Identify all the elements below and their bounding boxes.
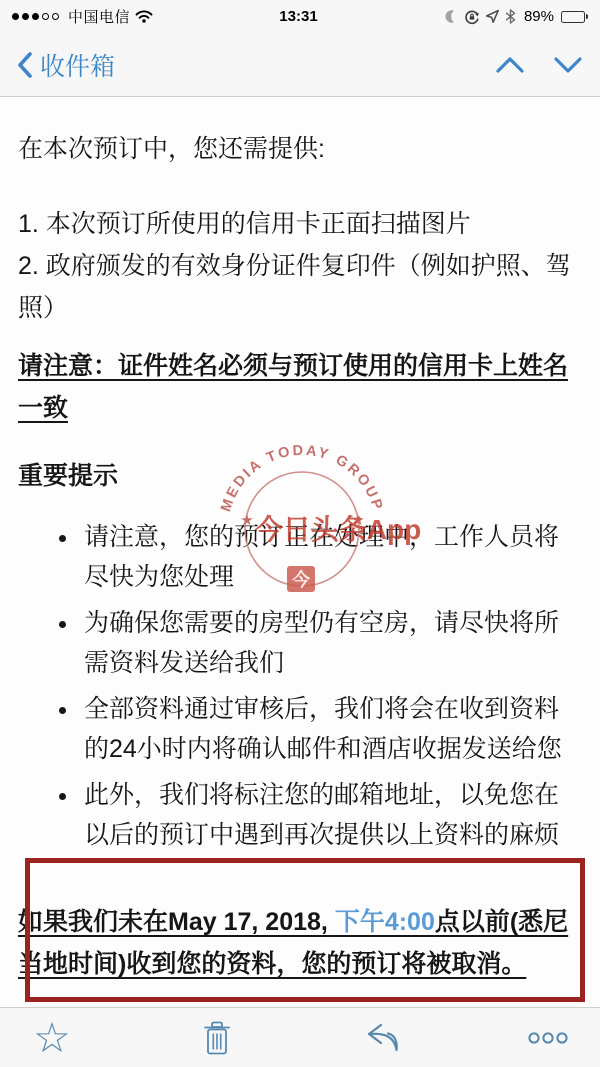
list-item: 为确保您需要的房型仍有空房，请尽快将所需资料发送给我们: [80, 603, 582, 683]
list-item: 此外，我们将标注您的邮箱地址，以免您在以后的预订中遇到再次提供以上资料的麻烦: [80, 775, 582, 855]
name-match-notice: 请注意：证件姓名必须与预订使用的信用卡上姓名一致: [18, 345, 582, 429]
bottom-toolbar: ☆: [0, 1007, 600, 1067]
wifi-icon: [135, 10, 153, 23]
list-item: 1. 本次预订所使用的信用卡正面扫描图片: [18, 203, 582, 245]
battery-percent-label: 89%: [524, 8, 554, 25]
reply-button[interactable]: [359, 1014, 407, 1062]
moon-icon: [444, 9, 459, 24]
location-arrow-icon: [485, 9, 500, 24]
time-link[interactable]: 下午4:00: [335, 908, 435, 936]
mail-app-screen: 中国电信 13:31: [0, 0, 600, 1067]
back-chevron-icon: [16, 51, 33, 79]
tips-list: 请注意，您的预订正在处理中，工作人员将尽快为您处理 为确保您需要的房型仍有空房，…: [18, 517, 582, 855]
reply-arrow-icon: [364, 1022, 402, 1054]
required-documents-list: 1. 本次预订所使用的信用卡正面扫描图片 2. 政府颁发的有效身份证件复印件（例…: [18, 203, 582, 329]
carrier-label: 中国电信: [68, 6, 130, 27]
email-body: 在本次预订中，您还需提供: 1. 本次预订所使用的信用卡正面扫描图片 2. 政府…: [0, 128, 600, 985]
flag-button[interactable]: ☆: [28, 1014, 76, 1062]
list-item: 2. 政府颁发的有效身份证件复印件（例如护照、驾照）: [18, 245, 582, 329]
cell-signal-icon: [12, 13, 59, 20]
orientation-lock-icon: [464, 9, 480, 25]
delete-button[interactable]: [193, 1014, 241, 1062]
star-icon: ☆: [33, 1017, 71, 1059]
nav-bar: 收件箱: [0, 33, 600, 96]
important-tips-heading: 重要提示: [18, 455, 582, 497]
bluetooth-icon: [505, 9, 516, 24]
list-item: 全部资料通过审核后，我们将会在收到资料的24小时内将确认邮件和酒店收据发送给您: [80, 689, 582, 769]
next-message-button[interactable]: [552, 56, 584, 74]
previous-message-button[interactable]: [494, 56, 526, 74]
deadline-text: 如果我们未在May 17, 2018, 下午4:00点以前(悉尼当地时间)收到您…: [18, 901, 582, 985]
trash-icon: [201, 1020, 233, 1056]
more-actions-button[interactable]: [524, 1014, 572, 1062]
ellipsis-icon: [526, 1030, 570, 1046]
list-item: 请注意，您的预订正在处理中，工作人员将尽快为您处理: [80, 517, 582, 597]
battery-icon: [561, 11, 588, 23]
clock-label: 13:31: [279, 8, 317, 25]
back-label: 收件箱: [40, 47, 115, 83]
top-chrome: 中国电信 13:31: [0, 0, 600, 97]
back-to-inbox-button[interactable]: 收件箱: [16, 47, 115, 83]
intro-text: 在本次预订中，您还需提供:: [18, 128, 582, 170]
status-bar: 中国电信 13:31: [0, 0, 600, 33]
